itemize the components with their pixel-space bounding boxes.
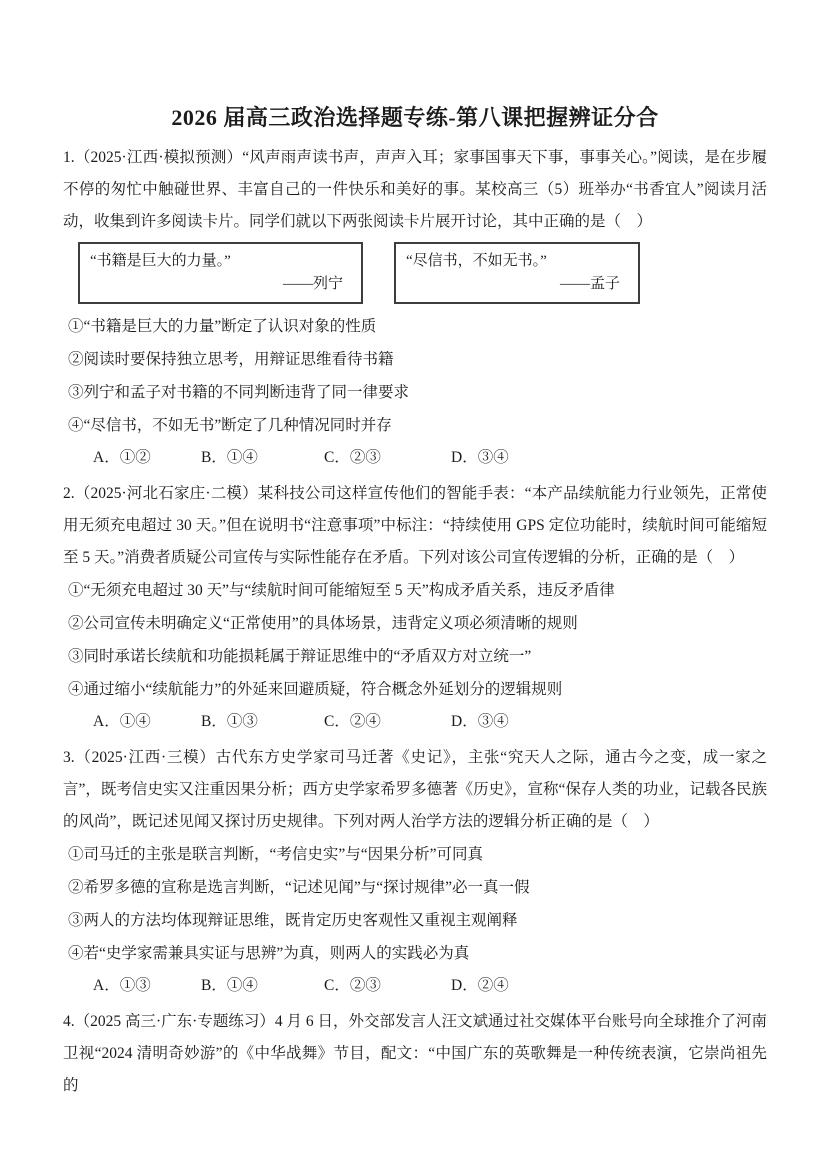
question-3-option-2: ②希罗多德的宣称是选言判断，“记述见闻”与“探讨规律”必一真一假 [63, 871, 767, 904]
choice-d: D．③④ [451, 706, 509, 738]
choice-c: C．②③ [324, 442, 451, 474]
choice-c: C．②④ [324, 706, 451, 738]
question-2-option-3: ③同时承诺长续航和功能损耗属于辩证思维中的“矛盾双方对立统一” [63, 640, 767, 673]
choice-b: B．①③ [201, 706, 324, 738]
question-2-answer-choices: A．①④ B．①③ C．②④ D．③④ [63, 706, 767, 738]
question-1-option-3: ③列宁和孟子对书籍的不同判断违背了同一律要求 [63, 376, 767, 409]
question-3-option-4: ④若“史学家需兼具实证与思辨”为真，则两人的实践必为真 [63, 937, 767, 970]
choice-d: D．②④ [451, 970, 509, 1002]
question-1-option-2: ②阅读时要保持独立思考，用辩证思维看待书籍 [63, 343, 767, 376]
question-3-stem: 3.（2025·江西·三模）古代东方史学家司马迁著《史记》，主张“究天人之际，通… [63, 742, 767, 838]
question-2-option-1: ①“无须充电超过 30 天”与“续航时间可能缩短至 5 天”构成矛盾关系，违反矛… [63, 574, 767, 607]
choice-b: B．①④ [201, 970, 324, 1002]
choice-a: A．①② [93, 442, 201, 474]
card-author: ——列宁 [90, 273, 351, 296]
choice-a: A．①④ [93, 706, 201, 738]
question-1: 1.（2025·江西·模拟预测）“风声雨声读书声，声声入耳；家事国事天下事，事事… [63, 142, 767, 474]
question-4-stem: 4.（2025 高三·广东·专题练习）4 月 6 日，外交部发言人汪文斌通过社交… [63, 1006, 767, 1102]
card-author: ——孟子 [406, 273, 628, 296]
choice-a: A．①③ [93, 970, 201, 1002]
question-1-stem: 1.（2025·江西·模拟预测）“风声雨声读书声，声声入耳；家事国事天下事，事事… [63, 142, 767, 238]
question-3-option-1: ①司马迁的主张是联言判断，“考信史实”与“因果分析”可同真 [63, 838, 767, 871]
choice-c: C．②③ [324, 970, 451, 1002]
quote-card-lenin: “书籍是巨大的力量。” ——列宁 [78, 242, 363, 304]
card-quote: “尽信书，不如无书。” [406, 250, 628, 273]
choice-b: B．①④ [201, 442, 324, 474]
question-2-stem: 2.（2025·河北石家庄·二模）某科技公司这样宣传他们的智能手表：“本产品续航… [63, 478, 767, 574]
document-page: 2026 届高三政治选择题专练-第八课把握辨证分合 1.（2025·江西·模拟预… [0, 0, 827, 1169]
question-1-answer-choices: A．①② B．①④ C．②③ D．③④ [63, 442, 767, 474]
question-3-option-3: ③两人的方法均体现辩证思维，既肯定历史客观性又重视主观阐释 [63, 904, 767, 937]
question-2-option-4: ④通过缩小“续航能力”的外延来回避质疑，符合概念外延划分的逻辑规则 [63, 673, 767, 706]
question-3: 3.（2025·江西·三模）古代东方史学家司马迁著《史记》，主张“究天人之际，通… [63, 742, 767, 1002]
doc-title: 2026 届高三政治选择题专练-第八课把握辨证分合 [63, 102, 767, 134]
question-4: 4.（2025 高三·广东·专题练习）4 月 6 日，外交部发言人汪文斌通过社交… [63, 1006, 767, 1102]
question-1-option-4: ④“尽信书，不如无书”断定了几种情况同时并存 [63, 409, 767, 442]
reading-cards: “书籍是巨大的力量。” ——列宁 “尽信书，不如无书。” ——孟子 [78, 242, 767, 304]
question-1-option-1: ①“书籍是巨大的力量”断定了认识对象的性质 [63, 310, 767, 343]
choice-d: D．③④ [451, 442, 509, 474]
quote-card-mengzi: “尽信书，不如无书。” ——孟子 [394, 242, 640, 304]
question-2-option-2: ②公司宣传未明确定义“正常使用”的具体场景，违背定义项必须清晰的规则 [63, 607, 767, 640]
question-2: 2.（2025·河北石家庄·二模）某科技公司这样宣传他们的智能手表：“本产品续航… [63, 478, 767, 738]
card-quote: “书籍是巨大的力量。” [90, 250, 351, 273]
question-3-answer-choices: A．①③ B．①④ C．②③ D．②④ [63, 970, 767, 1002]
